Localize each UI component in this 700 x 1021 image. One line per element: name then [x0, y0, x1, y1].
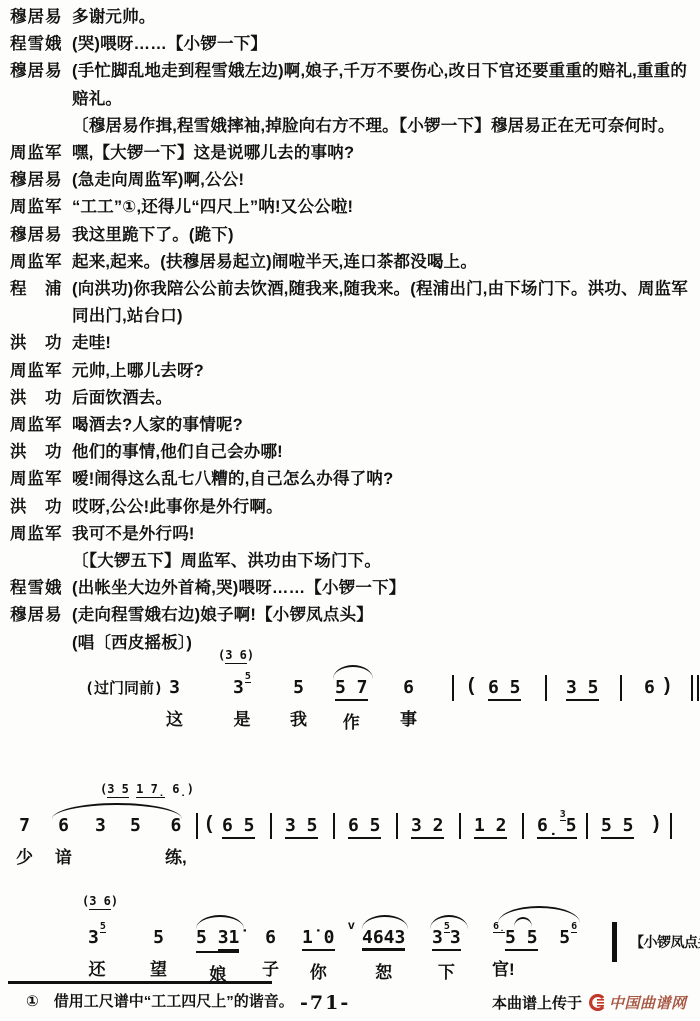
note: 3 5: [566, 678, 599, 701]
watermark-site-name: 中国曲谱网: [609, 992, 687, 1013]
speaker-name: 程雪娥: [10, 31, 72, 58]
speaker-name: 程 浦: [10, 276, 72, 303]
grace-notes: (3 6): [218, 648, 254, 662]
lyric: 我: [290, 705, 307, 730]
speaker-name: 洪 功: [10, 385, 72, 412]
note: 35: [88, 928, 106, 948]
dialogue-text: “工工”①,还得儿“四尺上”呐!又公公啦!: [72, 194, 694, 221]
note: 6̣5 5 56: [492, 928, 577, 948]
lyric: 少: [16, 843, 33, 868]
barline: [691, 675, 693, 701]
note: 6 5: [348, 816, 381, 839]
grace-ornament: 6̣: [493, 921, 505, 933]
stage-direction-row: 〔穆居易作揖,程雪娥摔袖,掉脸向右方不理。【小锣一下】穆居易正在无可奈何时。: [10, 113, 694, 140]
barline: [270, 813, 272, 839]
paren: (: [206, 813, 212, 835]
slur: [498, 906, 580, 923]
dialogue-text: 起来,起来。(扶穆居易起立)闹啦半天,连口茶都没喝上。: [72, 249, 694, 276]
barline: [586, 813, 588, 839]
lyric: 练,: [165, 843, 187, 868]
speaker-name: 穆居易: [10, 167, 72, 194]
grace-ornament: 3: [560, 809, 566, 821]
paren: ): [653, 813, 659, 835]
dialogue-row: 洪 功他们的事情,他们自己会办哪!: [10, 439, 694, 466]
note: 6 5: [222, 816, 255, 839]
grace-ornament: 6: [571, 921, 577, 933]
barline: [670, 813, 672, 839]
dialogue-text: (急走向周监军)啊,公公!: [72, 167, 694, 194]
note: 6: [644, 678, 655, 698]
speaker-name: 周监军: [10, 521, 72, 548]
barline: [452, 675, 454, 701]
slur: [196, 915, 244, 929]
note: 1 2: [474, 816, 507, 839]
note: 7: [16, 816, 33, 836]
dialogue-row: 穆居易(急走向周监军)啊,公公!: [10, 167, 694, 194]
grace-ornament: 5: [245, 671, 251, 683]
dialogue-text: 多谢元帅。: [72, 4, 694, 31]
dialogue-text: 他们的事情,他们自己会办哪!: [72, 439, 694, 466]
lyric: 恕: [362, 958, 405, 983]
music-line-1: (3 6) (过门同前) 3这 35是 5我 5 7作 6事 ( 6 5 3 5…: [0, 648, 700, 736]
grace-ornament: 5: [444, 921, 450, 933]
speaker-name: 周监军: [10, 140, 72, 167]
note: 6 5: [488, 678, 521, 701]
slur: [333, 665, 373, 679]
barline: [522, 813, 524, 839]
note: 3 2: [411, 816, 444, 839]
watermark: 本曲谱上传于 中国曲谱网: [492, 992, 687, 1013]
dialogue-text: 嘿,【大锣一下】这是说哪儿去的事呐?: [72, 140, 694, 167]
slur: [362, 915, 408, 929]
cqp-logo-icon: [589, 994, 606, 1011]
speaker-name: 周监军: [10, 412, 72, 439]
lyric: 你: [302, 958, 335, 983]
stage-direction-text: 〔穆居易作揖,程雪娥摔袖,掉脸向右方不理。【小锣一下】穆居易正在无可奈何时。: [72, 113, 694, 140]
barline: [396, 813, 398, 839]
note: 6: [55, 816, 72, 836]
note: 3: [166, 678, 183, 698]
dialogue-row: 穆居易(走向程雪娥右边)娘子啊!【小锣凤点头】: [10, 602, 694, 629]
note: 6̣35: [537, 816, 577, 839]
speaker-name: 穆居易: [10, 222, 72, 249]
lyric: 还: [88, 955, 106, 980]
stage-direction-text: 〔【大锣五下】周监军、洪功由下场门下。: [72, 548, 694, 575]
note: 5: [150, 928, 167, 948]
grace-ornament: 5: [100, 921, 106, 933]
barline: [620, 675, 622, 701]
lyric: 事: [400, 705, 417, 730]
lyric: 下: [432, 958, 461, 983]
dialogue-row: 洪 功后面饮酒去。: [10, 385, 694, 412]
lyric: 官!: [492, 955, 577, 980]
note: 3: [95, 816, 106, 836]
grace-notes: (3 5 1 7̣ 6̣): [100, 782, 194, 796]
barline: [697, 675, 699, 701]
dialogue-row: 周监军“工工”①,还得儿“四尺上”呐!又公公啦!: [10, 194, 694, 221]
note: 3 5: [285, 816, 318, 839]
stage-direction-row: 〔【大锣五下】周监军、洪功由下场门下。: [10, 548, 694, 575]
lyric: 谙: [55, 843, 72, 868]
dialogue-row: 穆居易多谢元帅。: [10, 4, 694, 31]
dialogue-row: 周监军嗳!闹得这么乱七八糟的,自己怎么办得了呐?: [10, 466, 694, 493]
dialogue-text: (走向程雪娥右边)娘子啊!【小锣凤点头】: [72, 602, 694, 629]
barline: [333, 813, 335, 839]
dialogue-row: 周监军喝酒去?人家的事情呢?: [10, 412, 694, 439]
dialogue-text: 走哇!: [72, 330, 694, 357]
dialogue-text: (出帐坐大边外首椅,哭)喂呀……【小锣一下】: [72, 575, 694, 602]
note: 5: [130, 816, 141, 836]
lyric: 是: [233, 705, 251, 730]
dialogue-row: 程 浦(向洪功)你我陪公公前去饮酒,随我来,随我来。(程浦出门,由下场门下。洪功…: [10, 276, 694, 330]
dialogue-text: (手忙脚乱地走到程雪娥左边)啊,娘子,千万不要伤心,改日下官还要重重的赔礼,重重…: [72, 58, 694, 112]
dialogue-text: 我这里跪下了。(跪下): [72, 222, 694, 249]
page-number: -71-: [300, 992, 350, 1014]
dialogue-text: (向洪功)你我陪公公前去饮酒,随我来,随我来。(程浦出门,由下场门下。洪功、周监…: [72, 276, 694, 330]
note: 5 31̇: [196, 928, 239, 953]
note: 6: [400, 678, 417, 698]
barline-thick: [612, 922, 617, 962]
paren: (: [468, 675, 474, 697]
speaker-name: 程雪娥: [10, 575, 72, 602]
dialogue-text: 喝酒去?人家的事情呢?: [72, 412, 694, 439]
dialogue-row: 程雪娥(哭)喂呀……【小锣一下】: [10, 31, 694, 58]
breath-mark: v: [348, 918, 355, 932]
note: 35: [233, 678, 251, 698]
dialogue-row: 周监军我可不是外行吗!: [10, 521, 694, 548]
dialogue-row: 程雪娥(出帐坐大边外首椅,哭)喂呀……【小锣一下】: [10, 575, 694, 602]
speaker-name: 穆居易: [10, 602, 72, 629]
lyric: 望: [150, 955, 167, 980]
speaker-name: 洪 功: [10, 494, 72, 521]
note: 353: [432, 928, 461, 951]
inline-note-label: (过门同前): [85, 679, 163, 697]
barline: [545, 675, 547, 701]
lyric: 作: [335, 708, 368, 733]
barline: [459, 813, 461, 839]
note: 6: [165, 816, 187, 836]
script-dialogue: 穆居易多谢元帅。 程雪娥(哭)喂呀……【小锣一下】 穆居易(手忙脚乱地走到程雪娥…: [10, 4, 694, 657]
grace-notes: (3 6): [82, 894, 118, 908]
note: 6: [262, 928, 279, 948]
watermark-prefix: 本曲谱上传于: [492, 992, 582, 1013]
speaker-name: 周监军: [10, 466, 72, 493]
speaker-name: 穆居易: [10, 4, 72, 31]
dialogue-text: 哎呀,公公!此事你是外行啊。: [72, 494, 694, 521]
note: 5 7: [335, 678, 368, 701]
note: 5 5: [601, 816, 634, 839]
dialogue-text: 后面饮酒去。: [72, 385, 694, 412]
speaker-name: 周监军: [10, 194, 72, 221]
speaker-name: 洪 功: [10, 439, 72, 466]
dialogue-row: 周监军嘿,【大锣一下】这是说哪儿去的事呐?: [10, 140, 694, 167]
dialogue-row: 洪 功哎呀,公公!此事你是外行啊。: [10, 494, 694, 521]
dialogue-row: 周监军元帅,上哪儿去呀?: [10, 358, 694, 385]
speaker-name: 洪 功: [10, 330, 72, 357]
dialogue-text: 元帅,上哪儿去呀?: [72, 358, 694, 385]
music-line-2: (3 5 1 7̣ 6̣) 7少 6谙 3 5 6练, ( 6 5 3 5 6 …: [0, 780, 700, 870]
footnote-text: ① 借用工尺谱中“工工四尺上”的谐音。: [26, 990, 294, 1011]
dialogue-text: 我可不是外行吗!: [72, 521, 694, 548]
barline: [196, 813, 198, 839]
lyric: 这: [166, 705, 183, 730]
dialogue-text: 嗳!闹得这么乱七八糟的,自己怎么办得了呐?: [72, 466, 694, 493]
percussion-label: 【小锣凤点头】: [630, 932, 700, 952]
lyric: 子: [262, 955, 279, 980]
speaker-name: 穆居易: [10, 58, 72, 85]
note: 1̇ 0: [302, 928, 335, 951]
dialogue-row: 穆居易(手忙脚乱地走到程雪娥左边)啊,娘子,千万不要伤心,改日下官还要重重的赔礼…: [10, 58, 694, 112]
speaker-name: 周监军: [10, 249, 72, 276]
footnote-rule: [8, 981, 272, 984]
dialogue-row: 洪 功走哇!: [10, 330, 694, 357]
dialogue-text: (哭)喂呀……【小锣一下】: [72, 31, 694, 58]
note: 4643: [362, 928, 405, 951]
note: 5: [290, 678, 307, 698]
dialogue-row: 周监军起来,起来。(扶穆居易起立)闹啦半天,连口茶都没喝上。: [10, 249, 694, 276]
speaker-name: 周监军: [10, 358, 72, 385]
paren: ): [664, 675, 670, 697]
dialogue-row: 穆居易我这里跪下了。(跪下): [10, 222, 694, 249]
music-line-3: (3 6) 35还 5望 5 31̇娘 6子 1̇ 0你 v 4643恕 353…: [0, 892, 700, 987]
